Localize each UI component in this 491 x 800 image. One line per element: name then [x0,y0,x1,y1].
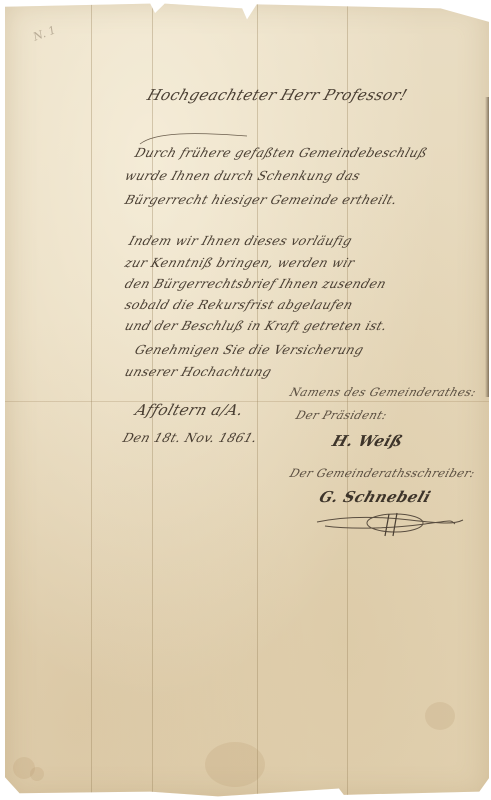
body-line: Bürgerrecht hiesiger Gemeinde ertheilt. [123,192,400,207]
body-line: sobald die Rekursfrist abgelaufen [123,297,355,312]
body-line: den Bürgerrechtsbrief Ihnen zusenden [123,276,389,291]
water-stain [425,702,455,730]
president-title: Der Präsident: [294,408,389,422]
water-stain [30,767,44,781]
body-line: und der Beschluß in Kraft getreten ist. [123,318,389,333]
clerk-title: Der Gemeinderathsschreiber: [288,466,477,480]
fold-line-vertical-3 [257,2,258,798]
foxing-stain [205,742,265,787]
body-line: wurde Ihnen durch Schenkung das [123,168,362,183]
place: Affoltern a/A. [133,401,246,419]
pencil-annotation: N. 1 [31,23,57,43]
signature-flourish-icon [315,510,465,540]
fold-line-horizontal [5,401,489,402]
fold-line-vertical-4 [347,2,348,798]
paper-edge-shadow [485,97,489,397]
closing-line: Genehmigen Sie die Versicherung [133,342,366,357]
clerk-signature: G. Schnebeli [317,488,433,506]
paragraph-flourish-icon [135,130,255,150]
body-line: zur Kenntniß bringen, werden wir [123,255,357,270]
fold-line-vertical-2 [152,2,153,798]
closing-line: unserer Hochachtung [123,364,274,379]
president-signature: H. Weiß [330,432,406,450]
body-line: Indem wir Ihnen dieses vorläufig [127,233,354,248]
salutation: Hochgeachteter Herr Professor! [145,86,410,104]
date: Den 18t. Nov. 1861. [121,430,260,445]
letter-sheet: N. 1 Hochgeachteter Herr Professor! Durc… [5,2,489,798]
on-behalf-label: Namens des Gemeinderathes: [288,385,478,399]
fold-line-vertical-1 [91,2,92,798]
